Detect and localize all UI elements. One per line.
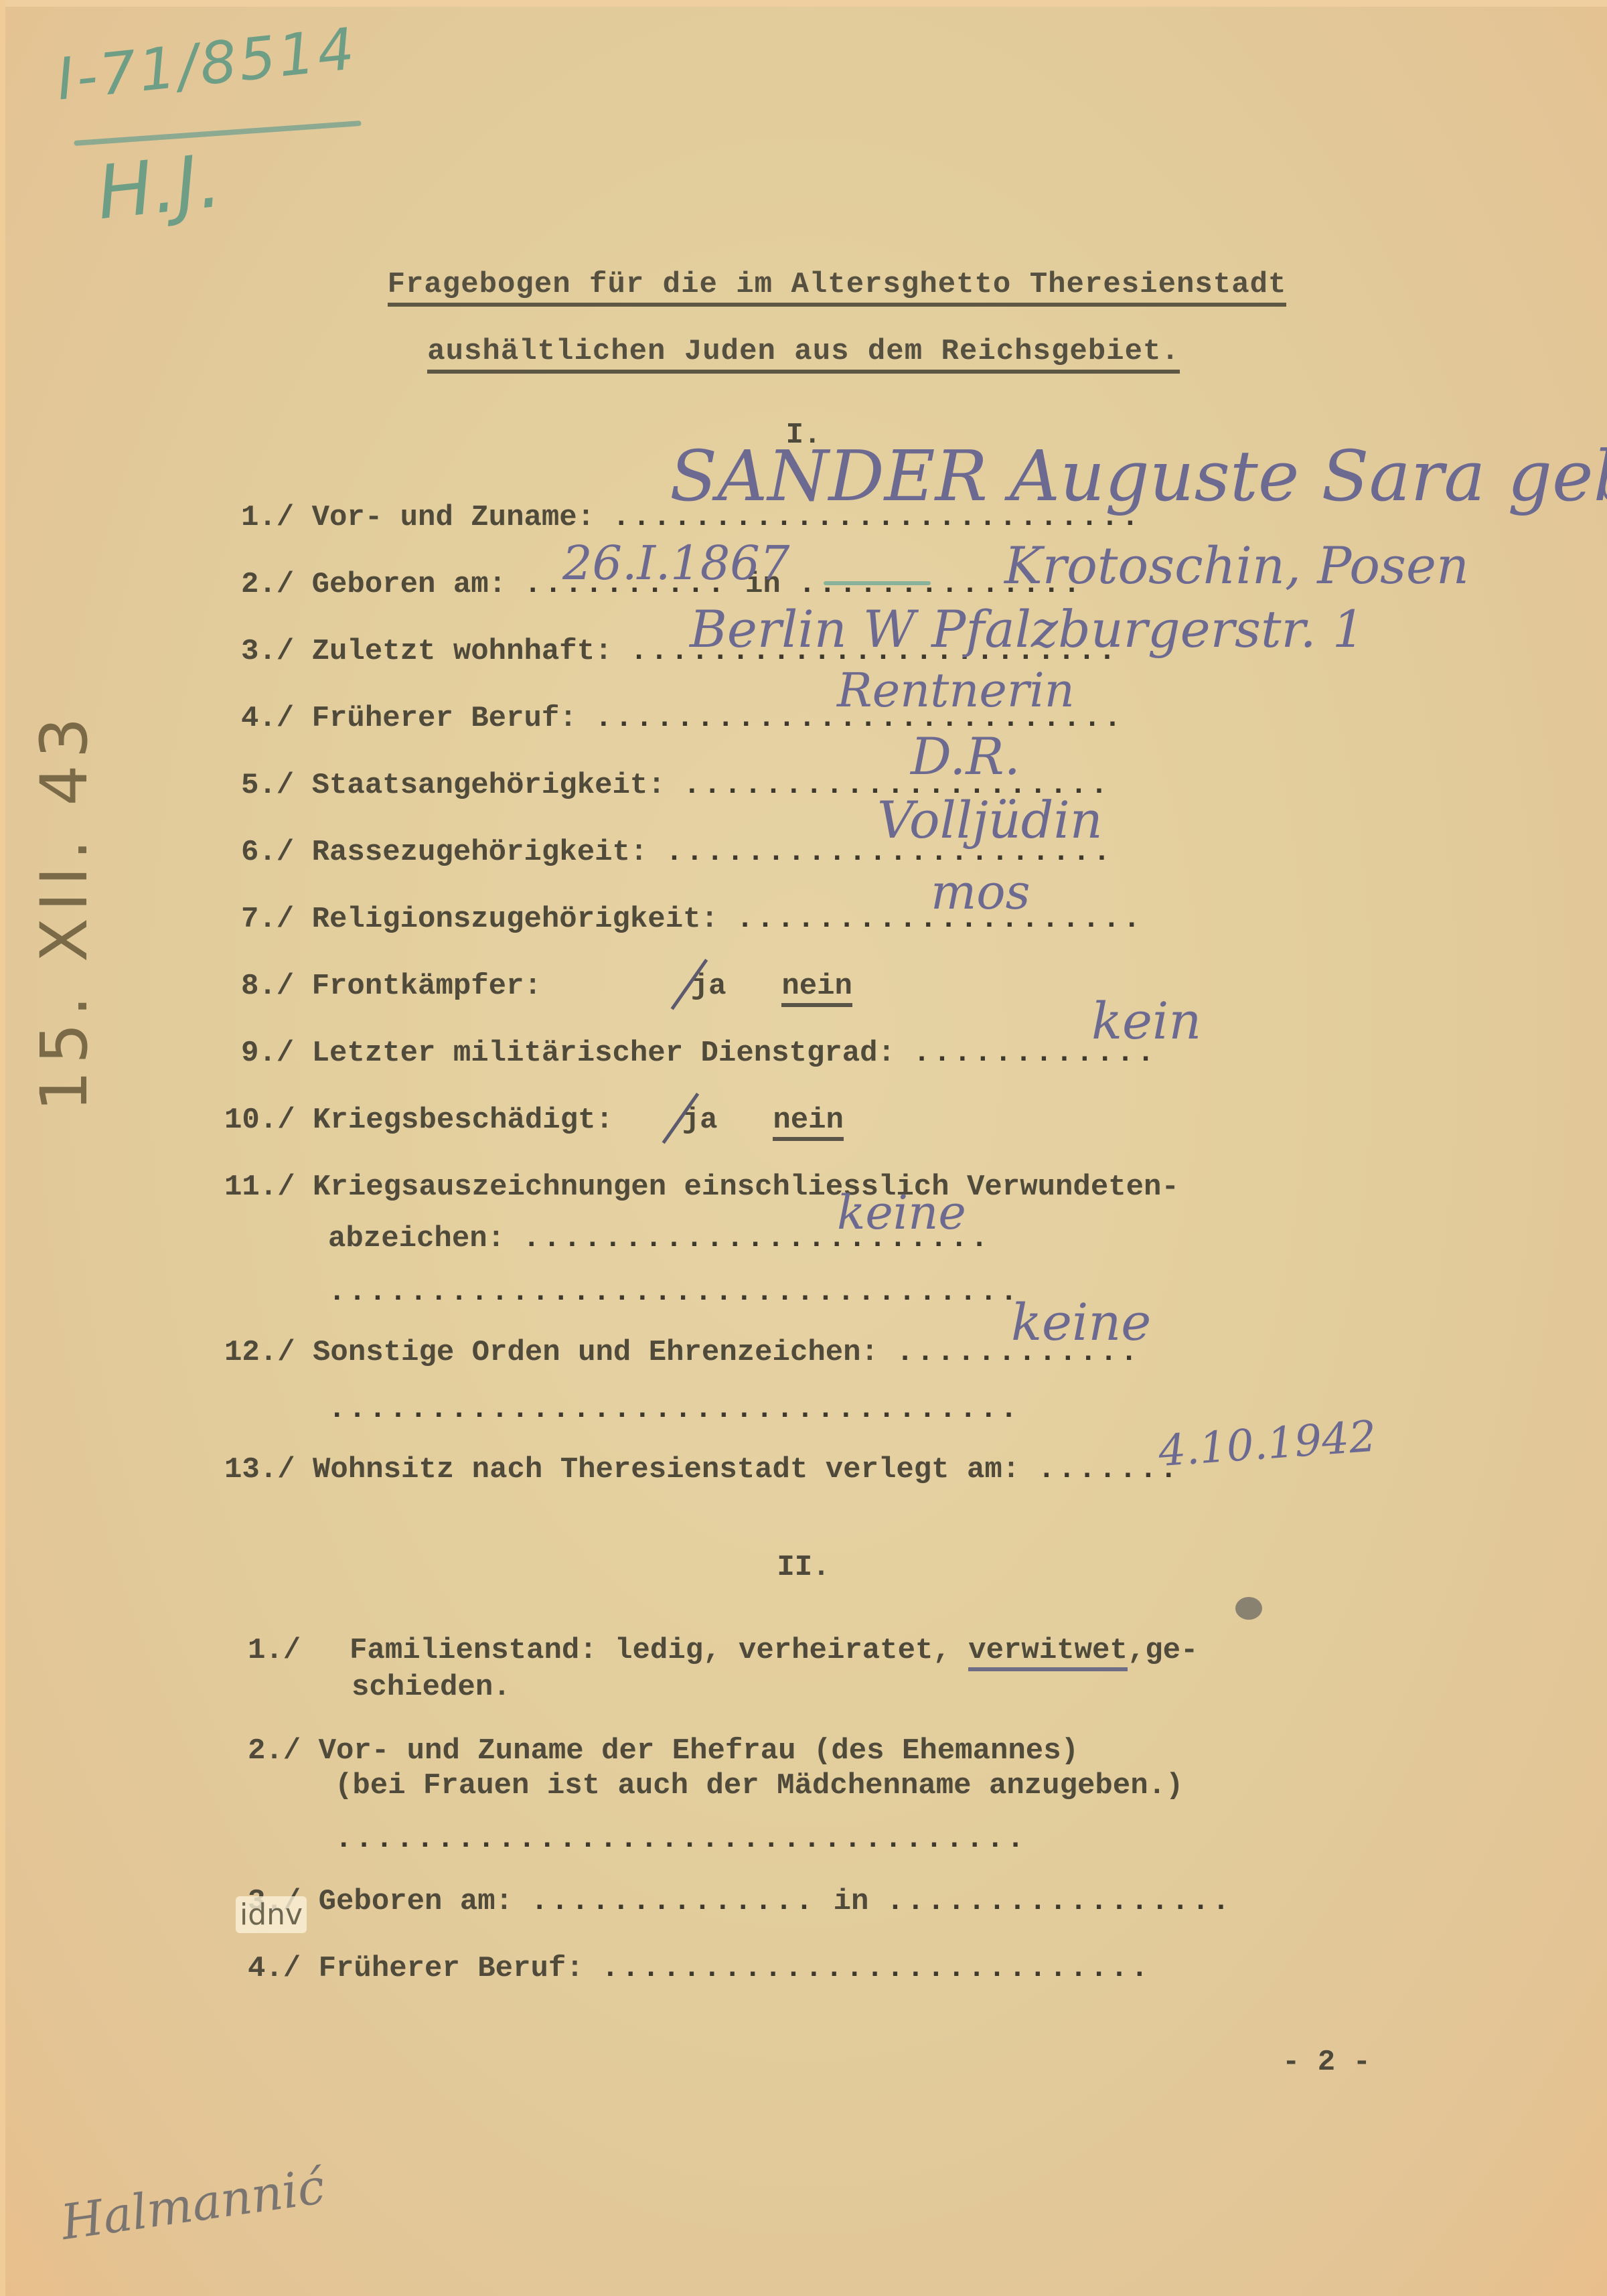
field-war-disabled: 10./ Kriegsbeschädigt: ja nein bbox=[224, 1103, 844, 1137]
handwritten-birth-place: Krotoschin, Posen bbox=[1004, 536, 1469, 595]
handwritten-race: Volljüdin bbox=[877, 790, 1103, 850]
options-text: ,ge- bbox=[1128, 1634, 1199, 1667]
item-number: 7./ bbox=[241, 903, 294, 936]
item-number: 2./ bbox=[241, 568, 294, 601]
field-label: Vor- und Zuname der Ehefrau (des Ehemann… bbox=[319, 1734, 1079, 1768]
field-label: Zuletzt wohnhaft: bbox=[312, 635, 613, 668]
option-no-selected: nein bbox=[781, 970, 852, 1007]
handwritten-citizenship: D.R. bbox=[911, 726, 1020, 786]
title-text: Fragebogen für die im Altersghetto There… bbox=[388, 268, 1287, 307]
handwritten-war-decorations: keine bbox=[837, 1185, 966, 1240]
fill-line: ................. bbox=[887, 1885, 1233, 1918]
options-text: ledig, verheiratet, bbox=[615, 1634, 951, 1667]
field-label: Geboren am: bbox=[312, 568, 506, 601]
item-number: 5./ bbox=[241, 769, 294, 802]
item-number: 4./ bbox=[241, 702, 294, 735]
field-label: abzeichen: bbox=[328, 1222, 505, 1255]
field-hint: (bei Frauen ist auch der Mädchenname anz… bbox=[335, 1769, 1183, 1803]
handwritten-birth-date: 26.I.1867 bbox=[562, 536, 789, 591]
field-spouse-occupation: 4./ Früherer Beruf: ....................… bbox=[248, 1952, 1151, 1985]
section-two-heading: II. bbox=[0, 1551, 1607, 1584]
item-number: 6./ bbox=[241, 836, 294, 869]
item-number: 3./ bbox=[241, 635, 294, 668]
field-label: Religionszugehörigkeit: bbox=[312, 903, 718, 936]
options-text: schieden. bbox=[352, 1671, 511, 1704]
field-label: Wohnsitz nach Theresienstadt verlegt am: bbox=[313, 1453, 1020, 1486]
item-number: 8./ bbox=[241, 970, 294, 1003]
field-other-orders: 12./ Sonstige Orden und Ehrenzeichen: ..… bbox=[224, 1336, 1140, 1369]
field-label: Kriegsauszeichnungen einschliesslich Ver… bbox=[313, 1170, 1179, 1204]
item-number: 13./ bbox=[224, 1453, 295, 1486]
page-number: - 2 - bbox=[1282, 2046, 1371, 2079]
item-number: 9./ bbox=[241, 1037, 294, 1070]
field-military-rank: 9./ Letzter militärischer Dienstgrad: ..… bbox=[241, 1037, 1157, 1070]
field-marital-status: 1./ Familienstand: ledig, verheiratet, v… bbox=[248, 1634, 1198, 1667]
item-number: 10./ bbox=[224, 1103, 295, 1137]
field-label: Letzter militärischer Dienstgrad: bbox=[312, 1037, 895, 1070]
fill-line: .................................. bbox=[328, 1393, 1020, 1426]
reference-underline bbox=[74, 121, 362, 146]
ink-spot bbox=[1235, 1597, 1262, 1620]
reference-number: I-71/8514 bbox=[54, 15, 360, 113]
paper-edge bbox=[0, 0, 1607, 7]
option-selected: verwitwet bbox=[968, 1634, 1128, 1671]
option-yes-struck: ja bbox=[682, 1103, 718, 1137]
fill-line: .................................. bbox=[335, 1823, 1027, 1856]
item-number: 1./ bbox=[241, 501, 294, 534]
handwritten-military-rank: kein bbox=[1091, 991, 1201, 1051]
field-label: Staatsangehörigkeit: bbox=[312, 769, 666, 802]
item-number: 4./ bbox=[248, 1952, 301, 1985]
item-number: 1./ bbox=[248, 1634, 301, 1667]
option-no-selected: nein bbox=[773, 1103, 844, 1141]
fill-line: .............. bbox=[530, 1885, 816, 1918]
blank-line: .................................. bbox=[335, 1823, 1027, 1856]
watermark-badge: idnv bbox=[236, 1896, 307, 1933]
handwritten-residence: Berlin W Pfalzburgerstr. 1 bbox=[690, 599, 1365, 659]
item-number: 11./ bbox=[224, 1170, 295, 1204]
field-label: Familienstand: bbox=[350, 1634, 597, 1667]
field-label: Vor- und Zuname: bbox=[312, 501, 595, 534]
field-spouse-birth: 3./ Geboren am: .............. in ......… bbox=[248, 1885, 1233, 1918]
field-spouse-name-hint: (bei Frauen ist auch der Mädchenname anz… bbox=[335, 1769, 1183, 1803]
field-label: Früherer Beruf: bbox=[312, 702, 577, 735]
fill-line: ........................... bbox=[601, 1952, 1151, 1985]
handwritten-moved-date: 4.10.1942 bbox=[1157, 1412, 1378, 1477]
field-label: Sonstige Orden und Ehrenzeichen: bbox=[313, 1336, 878, 1369]
document-title-line2: aushältlichen Juden aus dem Reichsgebiet… bbox=[0, 335, 1607, 368]
field-label: Geboren am: bbox=[319, 1885, 513, 1918]
field-label: Frontkämpfer: bbox=[312, 970, 542, 1003]
handwritten-other-orders: keine bbox=[1011, 1292, 1151, 1352]
field-marital-status-line2: schieden. bbox=[352, 1671, 511, 1704]
field-front-fighter: 8./ Frontkämpfer: ja nein bbox=[241, 970, 852, 1003]
option-yes-struck: ja bbox=[691, 970, 726, 1003]
reference-sub: H.J. bbox=[93, 138, 225, 236]
field-label: Rassezugehörigkeit: bbox=[312, 836, 648, 869]
handwritten-religion: mos bbox=[931, 864, 1030, 920]
field-label: Kriegsbeschädigt: bbox=[313, 1103, 613, 1137]
blank-line: .................................. bbox=[328, 1393, 1020, 1426]
field-war-decorations: 11./ Kriegsauszeichnungen einschliesslic… bbox=[224, 1170, 1179, 1204]
title-text: aushältlichen Juden aus dem Reichsgebiet… bbox=[427, 335, 1180, 374]
signature: Halmannić bbox=[58, 2158, 328, 2250]
fill-line: .................................. bbox=[328, 1276, 1020, 1309]
item-number: 12./ bbox=[224, 1336, 295, 1369]
item-number: 2./ bbox=[248, 1734, 301, 1768]
handwritten-name: SANDER Auguste Sara geb. Lewison bbox=[670, 435, 1607, 517]
document-title-line1: Fragebogen für die im Altersghetto There… bbox=[33, 268, 1607, 301]
margin-date-note: 15. XII. 43 bbox=[27, 710, 102, 1112]
green-pencil-mark bbox=[824, 581, 931, 585]
blank-line: .................................. bbox=[328, 1276, 1020, 1309]
field-spouse-name: 2./ Vor- und Zuname der Ehefrau (des Ehe… bbox=[248, 1734, 1079, 1768]
field-label-in: in bbox=[834, 1885, 869, 1918]
field-label: Früherer Beruf: bbox=[319, 1952, 584, 1985]
field-residence-moved: 13./ Wohnsitz nach Theresienstadt verleg… bbox=[224, 1453, 1180, 1486]
handwritten-occupation: Rentnerin bbox=[837, 663, 1075, 718]
